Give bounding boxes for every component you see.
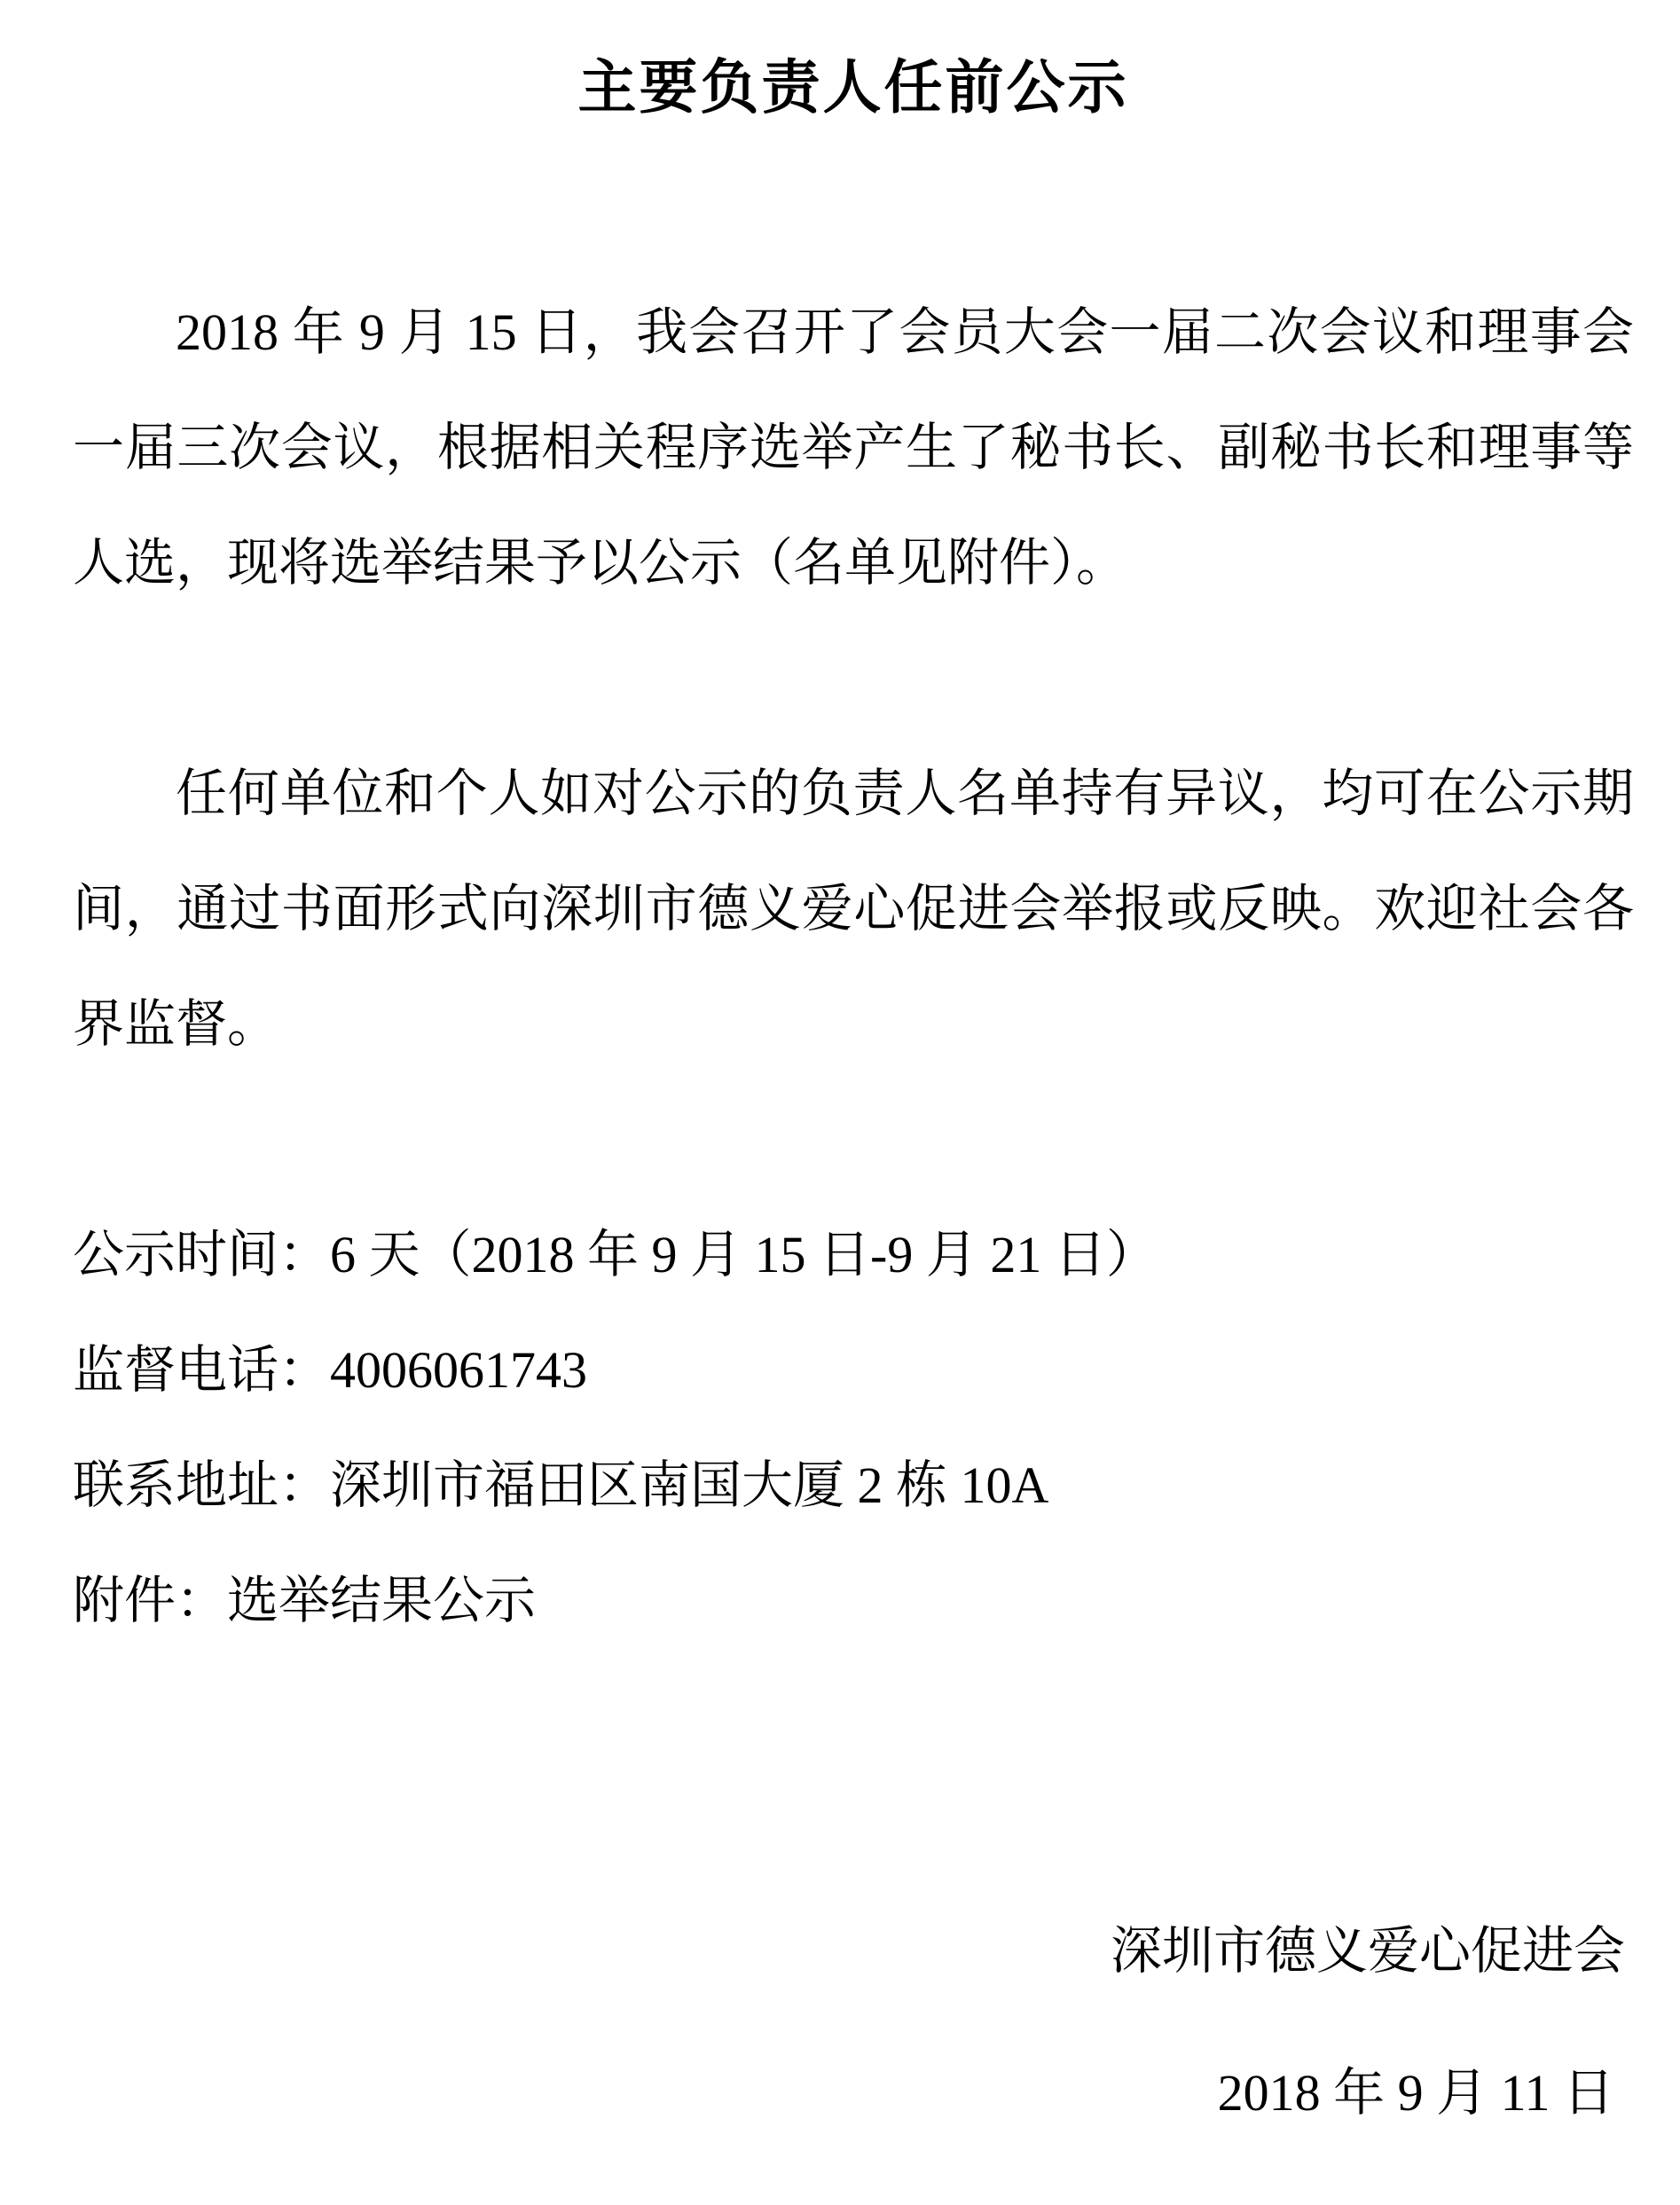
- info-line-contact-address: 联系地址：深圳市福田区南国大厦 2 栋 10A: [73, 1428, 1634, 1543]
- attachment-label: 附件：: [73, 1572, 227, 1629]
- supervision-phone-label: 监督电话：: [73, 1341, 330, 1399]
- publicity-period-label: 公示时间：: [73, 1226, 330, 1283]
- signature-organization: 深圳市德义爱心促进会: [73, 1894, 1634, 2009]
- attachment-value: 选举结果公示: [227, 1572, 536, 1629]
- info-line-publicity-period: 公示时间：6 天（2018 年 9 月 15 日-9 月 21 日）: [73, 1197, 1634, 1313]
- info-line-supervision-phone: 监督电话：4006061743: [73, 1313, 1634, 1428]
- contact-address-label: 联系地址：: [73, 1456, 330, 1514]
- paragraph-election-announcement: 2018 年 9 月 15 日，我会召开了会员大会一届二次会议和理事会一届三次会…: [73, 275, 1634, 621]
- notice-document-page: 主要负责人任前公示 2018 年 9 月 15 日，我会召开了会员大会一届二次会…: [0, 0, 1680, 2205]
- contact-address-value: 深圳市福田区南国大厦 2 栋 10A: [330, 1456, 1048, 1514]
- document-title: 主要负责人任前公示: [73, 40, 1634, 137]
- supervision-phone-value: 4006061743: [330, 1341, 587, 1399]
- signature-block: 深圳市德义爱心促进会 2018 年 9 月 11 日: [73, 1894, 1634, 2151]
- publicity-period-value: 6 天（2018 年 9 月 15 日-9 月 21 日）: [330, 1226, 1158, 1283]
- paragraph-objection-instructions: 任何单位和个人如对公示的负责人名单持有异议，均可在公示期间，通过书面形式向深圳市…: [73, 736, 1634, 1082]
- info-block: 公示时间：6 天（2018 年 9 月 15 日-9 月 21 日） 监督电话：…: [73, 1197, 1634, 1659]
- signature-date: 2018 年 9 月 11 日: [73, 2036, 1634, 2151]
- info-line-attachment: 附件：选举结果公示: [73, 1543, 1634, 1659]
